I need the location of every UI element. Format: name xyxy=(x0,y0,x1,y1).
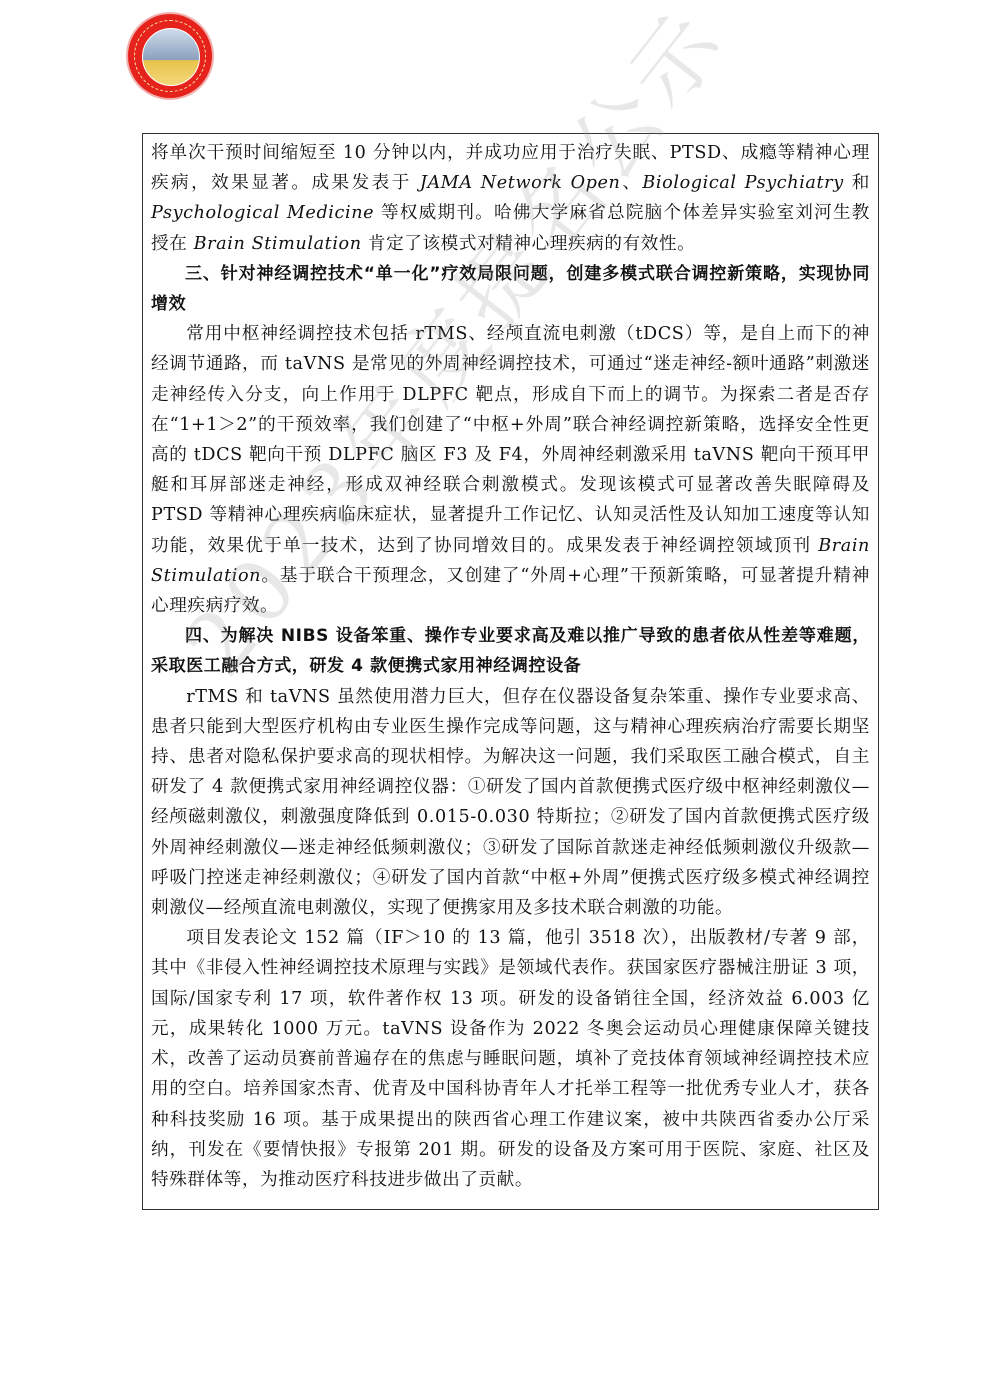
paragraph-section-3: 常用中枢神经调控技术包括 rTMS、经颅直流电刺激（tDCS）等，是自上而下的神… xyxy=(151,319,870,621)
journal-name: JAMA Network Open xyxy=(420,173,621,193)
content-frame: 将单次干预时间缩短至 10 分钟以内，并成功应用于治疗失眠、PTSD、成瘾等精神… xyxy=(142,133,879,1210)
journal-name: Brain Stimulation xyxy=(194,234,362,254)
paragraph-section-4: rTMS 和 taVNS 虽然使用潜力巨大，但存在仪器设备复杂笨重、操作专业要求… xyxy=(151,682,870,924)
paragraph-summary: 项目发表论文 152 篇（IF＞10 的 13 篇，他引 3518 次），出版教… xyxy=(151,923,870,1195)
paragraph-continuation: 将单次干预时间缩短至 10 分钟以内，并成功应用于治疗失眠、PTSD、成瘾等精神… xyxy=(151,138,870,259)
seal-emblem-icon xyxy=(142,28,200,86)
section-heading-3: 三、针对神经调控技术“单一化”疗效局限问题，创建多模式联合调控新策略，实现协同增… xyxy=(151,259,870,319)
official-seal-icon xyxy=(128,14,212,98)
journal-name: Psychological Medicine xyxy=(151,203,374,223)
section-heading-4: 四、为解决 NIBS 设备笨重、操作专业要求高及难以推广导致的患者依从性差等难题… xyxy=(151,621,870,681)
journal-name: Biological Psychiatry xyxy=(642,173,843,193)
